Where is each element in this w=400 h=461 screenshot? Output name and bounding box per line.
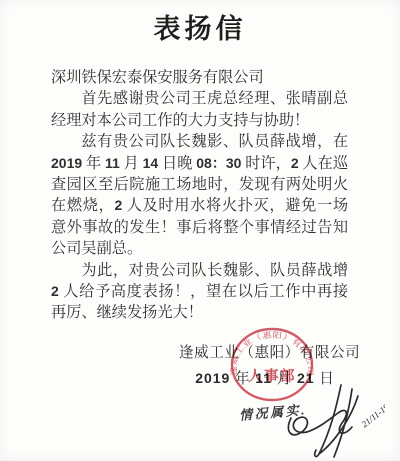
- commendation-letter-page: 表扬信 深圳铁保宏泰保安服务有限公司 首先感谢贵公司王虎总经理、张晴副总经理对本…: [0, 0, 400, 461]
- letter-paragraph: 为此，对贵公司队长魏影、队员薛战增 2 人给予高度表扬！，望在以后工作中再接再厉…: [51, 260, 348, 324]
- letter-recipient: 深圳铁保宏泰保安服务有限公司: [51, 67, 348, 88]
- handwritten-signature: 21/11-19: [281, 382, 385, 460]
- letter-paragraph: 首先感谢贵公司王虎总经理、张晴副总经理对本公司工作的大力支持与协助！: [51, 88, 348, 131]
- letter-title: 表扬信: [0, 7, 400, 46]
- letter-paragraph: 兹有贵公司队长魏影、队员薛战增，在 2019 年 11 月 14 日晚 08：3…: [51, 131, 348, 259]
- letter-body: 深圳铁保宏泰保安服务有限公司 首先感谢贵公司王虎总经理、张晴副总经理对本公司工作…: [51, 67, 348, 324]
- handwritten-date: 21/11-19: [360, 402, 385, 430]
